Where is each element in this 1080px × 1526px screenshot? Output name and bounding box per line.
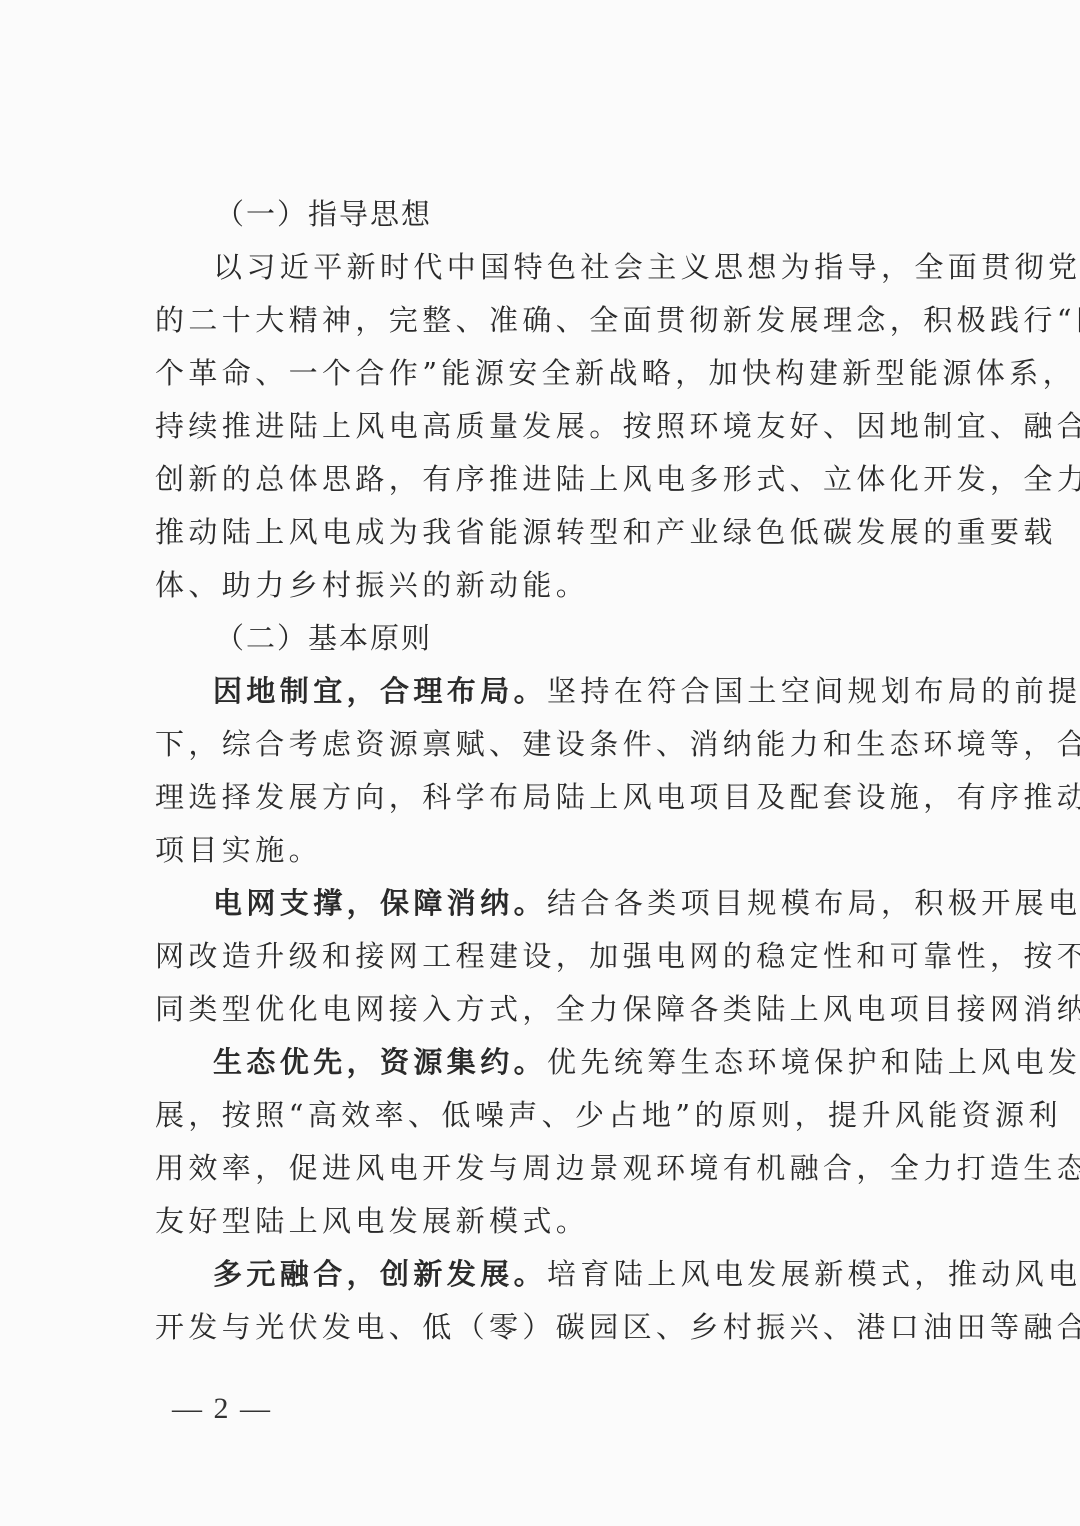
text-line: 的二十大精神，完整、准确、全面贯彻新发展理念，积极践行“四	[155, 294, 963, 347]
text-line: 生态优先，资源集约。优先统筹生态环境保护和陆上风电发	[155, 1036, 963, 1089]
text-line: 展，按照“高效率、低噪声、少占地”的原则，提升风能资源利	[155, 1089, 963, 1142]
principle-text: 培育陆上风电发展新模式，推动风电	[547, 1257, 1080, 1291]
text-line: 项目实施。	[155, 824, 963, 877]
paragraph-principle-integration: 多元融合，创新发展。培育陆上风电发展新模式，推动风电 开发与光伏发电、低（零）碳…	[155, 1248, 963, 1354]
text-line: 同类型优化电网接入方式，全力保障各类陆上风电项目接网消纳。	[155, 983, 963, 1036]
paragraph-principle-ecology-first: 生态优先，资源集约。优先统筹生态环境保护和陆上风电发 展，按照“高效率、低噪声、…	[155, 1036, 963, 1248]
paragraph-principle-grid-support: 电网支撑，保障消纳。结合各类项目规模布局，积极开展电 网改造升级和接网工程建设，…	[155, 877, 963, 1036]
principle-lead: 多元融合，创新发展。	[213, 1257, 547, 1291]
text-line: 因地制宜，合理布局。坚持在符合国土空间规划布局的前提	[155, 665, 963, 718]
page-number: — 2 —	[172, 1392, 272, 1426]
text-line: 创新的总体思路，有序推进陆上风电多形式、立体化开发，全力	[155, 453, 963, 506]
text-line: 下，综合考虑资源禀赋、建设条件、消纳能力和生态环境等，合	[155, 718, 963, 771]
text-line: 网改造升级和接网工程建设，加强电网的稳定性和可靠性，按不	[155, 930, 963, 983]
text-line: 多元融合，创新发展。培育陆上风电发展新模式，推动风电	[155, 1248, 963, 1301]
paragraph-principle-local-conditions: 因地制宜，合理布局。坚持在符合国土空间规划布局的前提 下，综合考虑资源禀赋、建设…	[155, 665, 963, 877]
text-line: 理选择发展方向，科学布局陆上风电项目及配套设施，有序推动	[155, 771, 963, 824]
principle-lead: 生态优先，资源集约。	[213, 1045, 547, 1079]
document-page: （一）指导思想 以习近平新时代中国特色社会主义思想为指导，全面贯彻党 的二十大精…	[0, 0, 1080, 1526]
text-line: 用效率，促进风电开发与周边景观环境有机融合，全力打造生态	[155, 1142, 963, 1195]
principle-lead: 因地制宜，合理布局。	[213, 674, 547, 708]
principle-text: 坚持在符合国土空间规划布局的前提	[547, 674, 1080, 708]
paragraph-guiding-ideology: 以习近平新时代中国特色社会主义思想为指导，全面贯彻党 的二十大精神，完整、准确、…	[155, 241, 963, 612]
text-line: 友好型陆上风电发展新模式。	[155, 1195, 963, 1248]
principle-text: 优先统筹生态环境保护和陆上风电发	[547, 1045, 1080, 1079]
section-heading-guiding-ideology: （一）指导思想	[155, 188, 963, 241]
principle-lead: 电网支撑，保障消纳。	[213, 886, 547, 920]
text-line: 推动陆上风电成为我省能源转型和产业绿色低碳发展的重要载	[155, 506, 963, 559]
text-line: 体、助力乡村振兴的新动能。	[155, 559, 963, 612]
text-line: 电网支撑，保障消纳。结合各类项目规模布局，积极开展电	[155, 877, 963, 930]
section-heading-basic-principles: （二）基本原则	[155, 612, 963, 665]
text-line: 持续推进陆上风电高质量发展。按照环境友好、因地制宜、融合	[155, 400, 963, 453]
text-line: 个革命、一个合作”能源安全新战略，加快构建新型能源体系，	[155, 347, 963, 400]
text-line: 以习近平新时代中国特色社会主义思想为指导，全面贯彻党	[155, 241, 963, 294]
principle-text: 结合各类项目规模布局，积极开展电	[547, 886, 1080, 920]
text-line: 开发与光伏发电、低（零）碳园区、乡村振兴、港口油田等融合	[155, 1301, 963, 1354]
document-body: （一）指导思想 以习近平新时代中国特色社会主义思想为指导，全面贯彻党 的二十大精…	[155, 188, 963, 1354]
